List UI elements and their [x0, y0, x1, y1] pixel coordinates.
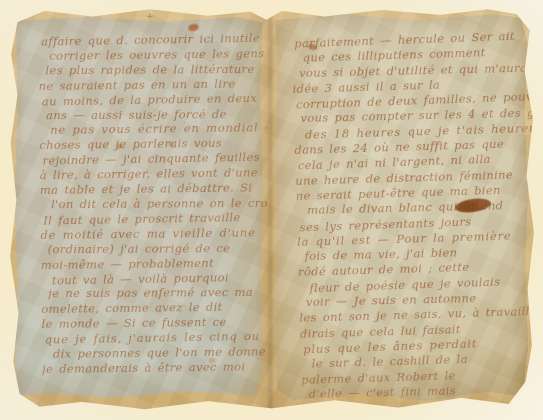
handwritten-line: je demanderais à être avec moi — [42, 359, 270, 377]
pencil-mark: + — [146, 12, 154, 22]
handwriting-right: parfaitement — hercule ou Ser aitque ces… — [291, 29, 542, 403]
handwritten-line: corriger les oeuvres que les gens — [49, 46, 266, 64]
handwriting-left: affaire que d. concourir ici inutilecorr… — [38, 31, 270, 377]
handwritten-line: de moitié avec ma vieille d'une — [40, 225, 268, 243]
letter-paper: + affaire que d. concourir ici inutileco… — [8, 6, 535, 410]
letter-photo: + affaire que d. concourir ici inutileco… — [0, 0, 543, 420]
